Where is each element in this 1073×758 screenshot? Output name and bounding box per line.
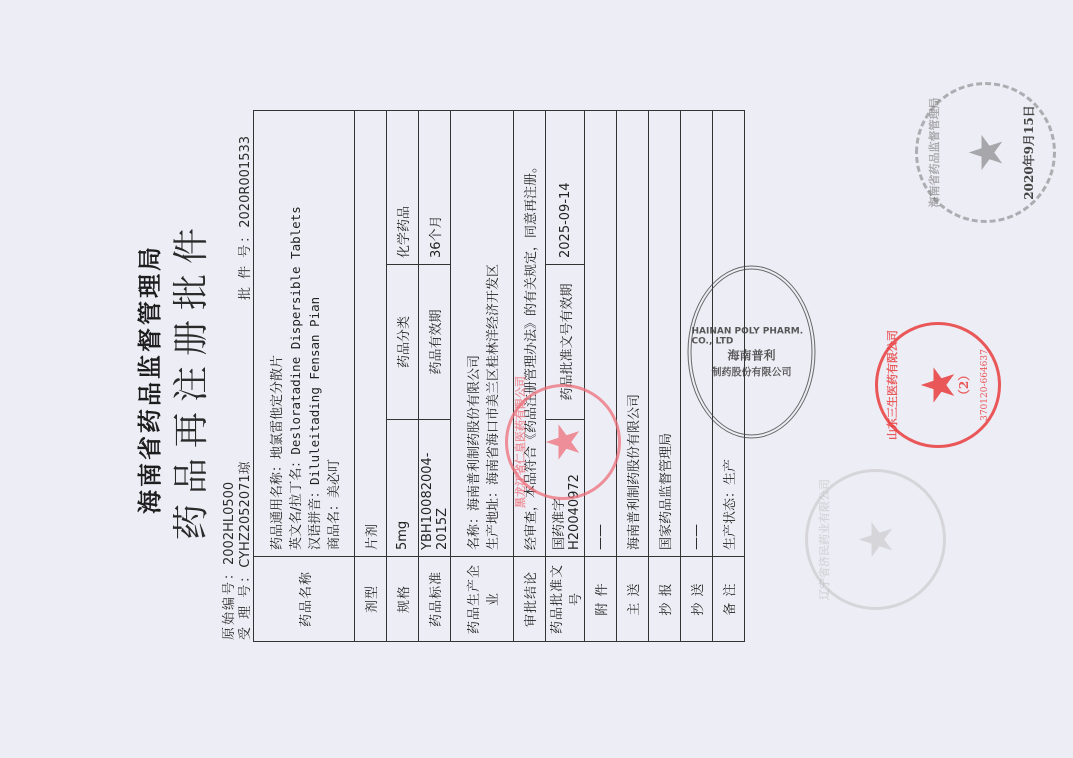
- specification-value: 5mg: [387, 420, 419, 557]
- conclusion-value: 经审查，本品符合《药品注册管理办法》的有关规定，同意再注册。: [514, 111, 546, 557]
- row-drug-name: 药品名称 药品通用名称：地氯雷他定分散片 英文名/拉丁名：Desloratadi…: [254, 111, 355, 642]
- report-to-label: 抄 报: [649, 557, 681, 642]
- standard-value: YBH10082004-2015Z: [419, 420, 451, 557]
- remarks-label: 备 注: [713, 557, 745, 642]
- row-conclusion: 审批结论 经审查，本品符合《药品注册管理办法》的有关规定，同意再注册。: [514, 111, 546, 642]
- seal-star-icon: ★: [963, 132, 1009, 173]
- remarks-value: 生产状态：生产: [713, 111, 745, 557]
- main-recipient-value: 海南普利制药股份有限公司: [617, 111, 649, 557]
- row-remarks: 备 注 生产状态：生产: [713, 111, 745, 642]
- drug-name-label: 药品名称: [254, 557, 355, 642]
- approval-doc-label: 药品批准文号: [546, 557, 585, 642]
- approval-number: 批 件 号：2020R001533: [234, 136, 253, 300]
- attachment-value: ——: [585, 111, 617, 557]
- drug-name-cell: 药品通用名称：地氯雷他定分散片 英文名/拉丁名：Desloratadine Di…: [254, 111, 355, 557]
- approval-doc-value: 国药准字H20040972: [546, 420, 585, 557]
- row-manufacturer: 药品生产企业 名称：海南普利制药股份有限公司 生产地址：海南省海口市美兰区桂林洋…: [451, 111, 514, 642]
- official-approval-seal: ★ 海南省药品监督管理局 2020年9月15日: [915, 82, 1056, 223]
- approval-doc-validity-label: 药品批准文号有效期: [546, 265, 585, 420]
- manufacturer-name: 海南普利制药股份有限公司: [467, 355, 482, 511]
- shelf-life-value: 36个月: [419, 111, 451, 265]
- report-to-value: 国家药品监督管理局: [649, 111, 681, 557]
- faint-company-seal: ★ 辽宁省济民药业有限公司: [805, 469, 946, 610]
- drug-category-label: 药品分类: [387, 265, 419, 420]
- copy-to-label: 抄 送: [681, 557, 713, 642]
- registration-table: 药品名称 药品通用名称：地氯雷他定分散片 英文名/拉丁名：Desloratadi…: [253, 110, 745, 642]
- approval-doc-validity-value: 2025-09-14: [546, 111, 585, 265]
- generic-name: 地氯雷他定分散片: [270, 355, 285, 459]
- seal-date: 2020年9月15日: [1020, 105, 1037, 199]
- standard-label: 药品标准: [419, 557, 451, 642]
- dosage-form-label: 剂型: [355, 557, 387, 642]
- issuing-organization: 海南省药品监督管理局: [130, 0, 165, 758]
- main-recipient-label: 主 送: [617, 557, 649, 642]
- row-approval-doc: 药品批准文号 国药准字H20040972 药品批准文号有效期 2025-09-1…: [546, 111, 585, 642]
- row-standard: 药品标准 YBH10082004-2015Z 药品有效期 36个月: [419, 111, 451, 642]
- document-title: 药品再注册批件: [163, 0, 214, 758]
- row-specification: 规格 5mg 药品分类 化学药品: [387, 111, 419, 642]
- manufacturer-address: 海南省海口市美兰区桂林洋经济开发区: [486, 264, 501, 485]
- english-name: Desloratadine Dispersible Tablets: [288, 206, 303, 454]
- seal-star-icon: ★: [853, 519, 899, 560]
- row-attachment: 附 件 ——: [585, 111, 617, 642]
- conclusion-label: 审批结论: [514, 557, 546, 642]
- row-dosage-form: 剂型 片剂: [355, 111, 387, 642]
- manufacturer-cell: 名称：海南普利制药股份有限公司 生产地址：海南省海口市美兰区桂林洋经济开发区: [451, 111, 514, 557]
- trade-name: 美必叮: [327, 459, 342, 498]
- seal-star-icon: ★: [915, 364, 961, 405]
- copy-to-value: ——: [681, 111, 713, 557]
- document-page: 海南省药品监督管理局 药品再注册批件 原始编号：2002HL0500 受 理 号…: [0, 0, 1073, 758]
- row-copy-to: 抄 送 ——: [681, 111, 713, 642]
- attachment-label: 附 件: [585, 557, 617, 642]
- specification-label: 规格: [387, 557, 419, 642]
- pinyin-name: Diluleitading Fensan Pian: [307, 297, 322, 485]
- shandong-company-seal: ★ 山东三生医药有限公司 （2） 370120-664637: [875, 322, 1001, 448]
- acceptance-number: 受 理 号：CYHZ2052071琼: [234, 461, 253, 640]
- row-report-to: 抄 报 国家药品监督管理局: [649, 111, 681, 642]
- drug-category-value: 化学药品: [387, 111, 419, 265]
- manufacturer-label: 药品生产企业: [451, 557, 514, 642]
- dosage-form-value: 片剂: [355, 111, 387, 557]
- row-main-recipient: 主 送 海南普利制药股份有限公司: [617, 111, 649, 642]
- shelf-life-label: 药品有效期: [419, 265, 451, 420]
